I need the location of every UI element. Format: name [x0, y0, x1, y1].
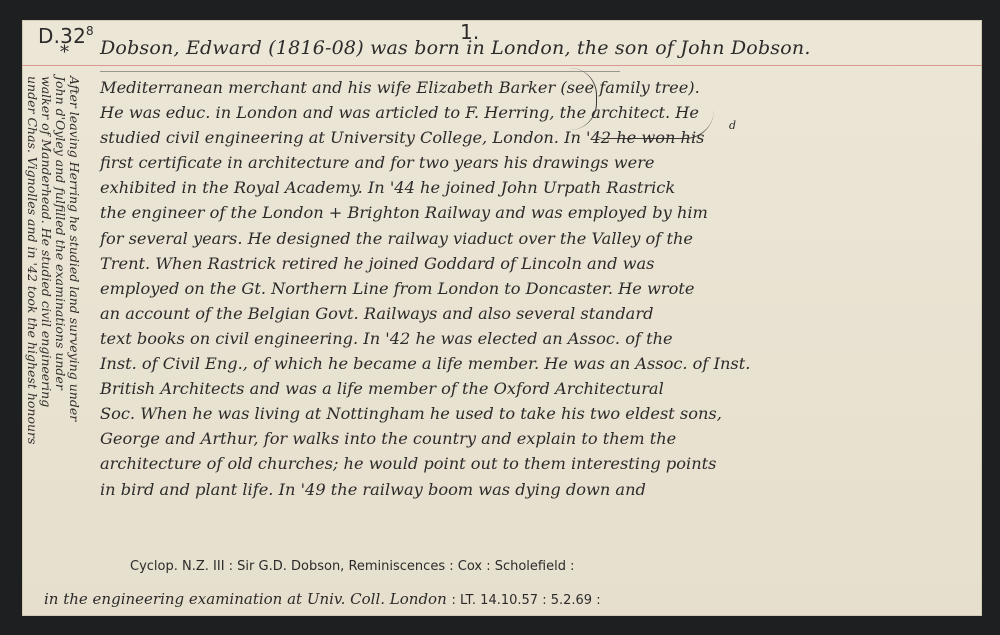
body-line: employed on the Gt. Northern Line from L… — [100, 276, 980, 301]
body-line: exhibited in the Royal Academy. In '44 h… — [100, 175, 980, 200]
body-line: an account of the Belgian Govt. Railways… — [100, 301, 980, 326]
index-card: D.328 * 1. Dobson, Edward (1816-08) was … — [22, 20, 982, 616]
margin-note: After leaving Herring he studied land su… — [24, 76, 80, 596]
margin-note-line: under Chas. Vignolles and in '42 took th… — [26, 76, 39, 444]
margin-note-line: walker of Manderhead. He studied civil e… — [40, 76, 53, 407]
body-line: Soc. When he was living at Nottingham he… — [100, 401, 980, 426]
margin-note-line: John d'Oyley and fulfilled the examinati… — [54, 76, 67, 390]
entry-body: Mediterranean merchant and his wife Eliz… — [100, 75, 980, 502]
body-line: He was educ. in London and was articled … — [100, 100, 980, 125]
body-line: first certificate in architecture and fo… — [100, 150, 980, 175]
body-line: Inst. of Civil Eng., of which he became … — [100, 351, 980, 376]
footer-line: in the engineering examination at Univ. … — [44, 590, 601, 608]
asterisk-mark: * — [60, 42, 69, 63]
footer-text: in the engineering examination at Univ. … — [44, 590, 447, 608]
body-line: George and Arthur, for walks into the co… — [100, 426, 980, 451]
body-line: for several years. He designed the railw… — [100, 226, 980, 251]
sources-line: Cyclop. N.Z. III : Sir G.D. Dobson, Remi… — [130, 559, 574, 574]
body-line: studied civil engineering at University … — [100, 125, 980, 150]
footer-dates: : LT. 14.10.57 : 5.2.69 : — [452, 593, 601, 608]
body-line: text books on civil engineering. In '42 … — [100, 326, 980, 351]
body-line: architecture of old churches; he would p… — [100, 451, 980, 476]
body-line: British Architects and was a life member… — [100, 376, 980, 401]
body-line: the engineer of the London + Brighton Ra… — [100, 200, 980, 225]
margin-note-line: After leaving Herring he studied land su… — [68, 76, 81, 421]
entry-heading: Dobson, Edward (1816-08) was born in Lon… — [100, 37, 811, 59]
body-line: Trent. When Rastrick retired he joined G… — [100, 251, 980, 276]
strike-line — [100, 71, 620, 72]
body-line: in bird and plant life. In '49 the railw… — [100, 477, 980, 502]
header-rule — [22, 65, 982, 66]
body-line: Mediterranean merchant and his wife Eliz… — [100, 75, 980, 100]
